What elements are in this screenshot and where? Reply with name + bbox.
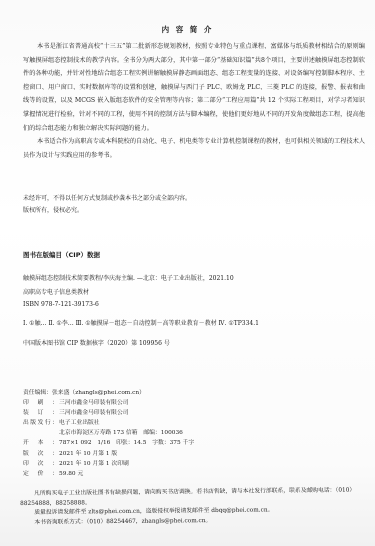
- cip-isbn: ISBN 978-7-121-39173-6: [23, 301, 99, 308]
- cip-classification: Ⅰ. ①触… Ⅱ. ①李… Ⅲ. ①触摸屏－组态－自动控制－高等职业教育－教材 …: [23, 318, 259, 327]
- credit-label: 版次：: [23, 449, 58, 459]
- intro-paragraph-2: 本书适合作为高职高专或本科院校的自动化、电子、机电类等专业计算机控制课程的教材，…: [23, 135, 365, 162]
- credit-label: 装订：: [23, 408, 58, 418]
- credit-editor-value: 张来盛（zhangls@phei.com.cn）: [52, 388, 145, 398]
- credit-label: 印刷：: [23, 398, 58, 408]
- copyright-page: 内 容 简 介 本书是浙江省普通高校“十三五”第二批新形态规划教材，按照专业特色…: [0, 0, 375, 546]
- credit-edition: 版次： 2021 年 10 月第 1 版: [23, 449, 363, 459]
- credit-price: 定价： 59.80 元: [23, 469, 363, 479]
- credit-value: 2021 年 10 月第 1 版: [59, 449, 363, 459]
- cip-record: 中国版本图书馆 CIP 数据核字（2020）第 109956 号: [23, 338, 170, 347]
- credit-label: 印次：: [23, 459, 58, 469]
- rights-notice: 未经许可，不得以任何方式复制或抄袭本书之部分或全部内容。 版权所有，侵权必究。: [23, 193, 353, 217]
- credit-publisher: 出版发行： 电子工业出版社: [23, 418, 363, 428]
- credit-value: 59.80 元: [59, 469, 363, 479]
- credit-value: 三河市鑫金马印装有限公司: [59, 398, 363, 408]
- credit-binder: 装订： 三河市鑫金马印装有限公司: [23, 408, 363, 418]
- rights-line-1: 未经许可，不得以任何方式复制或抄袭本书之部分或全部内容。: [23, 193, 353, 205]
- intro-paragraph-1: 本书是浙江省普通高校“十三五”第二批新形态规划教材，按照专业特色与重点课程、富媒…: [23, 40, 365, 135]
- credit-format: 开本： 787×1 092 1/16 印张：14.5 字数：375 千字: [23, 438, 363, 448]
- credit-address: 北京市海淀区万寿路 173 信箱 邮编：100036: [23, 428, 363, 438]
- credit-printing: 印次： 2021 年 10 月第 1 次印刷: [23, 459, 363, 469]
- publication-credits: 责任编辑： 张来盛（zhangls@phei.com.cn） 印刷： 三河市鑫金…: [23, 388, 363, 479]
- credit-printer: 印刷： 三河市鑫金马印装有限公司: [23, 398, 363, 408]
- intro-body: 本书是浙江省普通高校“十三五”第二批新形态规划教材，按照专业特色与重点课程、富媒…: [23, 40, 365, 162]
- credit-editor: 责任编辑： 张来盛（zhangls@phei.com.cn）: [23, 388, 363, 398]
- credit-value: 电子工业出版社: [59, 418, 363, 428]
- credit-address-value: 北京市海淀区万寿路 173 信箱 邮编：100036: [59, 428, 183, 438]
- credit-value: 2021 年 10 月第 1 次印刷: [59, 459, 363, 469]
- credit-label: 定价：: [23, 469, 58, 479]
- cip-series: 高职高专电子信息类教材: [23, 287, 89, 296]
- credit-label: 出版发行：: [23, 418, 58, 428]
- credit-value: 787×1 092 1/16 印张：14.5 字数：375 千字: [59, 438, 363, 448]
- credit-label: 开本：: [23, 438, 58, 448]
- credit-editor-label: 责任编辑：: [23, 388, 52, 398]
- intro-title: 内 容 简 介: [0, 24, 375, 35]
- rights-line-2: 版权所有，侵权必究。: [23, 205, 353, 217]
- credit-value: 三河市鑫金马印装有限公司: [59, 408, 363, 418]
- cip-title-line: 触摸屏组态控制技术简要教程/李庆海主编. —北京：电子工业出版社，2021.10: [23, 273, 234, 282]
- publisher-notice: 凡所购买电子工业出版社图书有缺损问题，请向购买书店调换。若书店售缺，请与本社发行…: [20, 486, 366, 528]
- cip-heading: 图书在版编目（CIP）数据: [23, 250, 100, 259]
